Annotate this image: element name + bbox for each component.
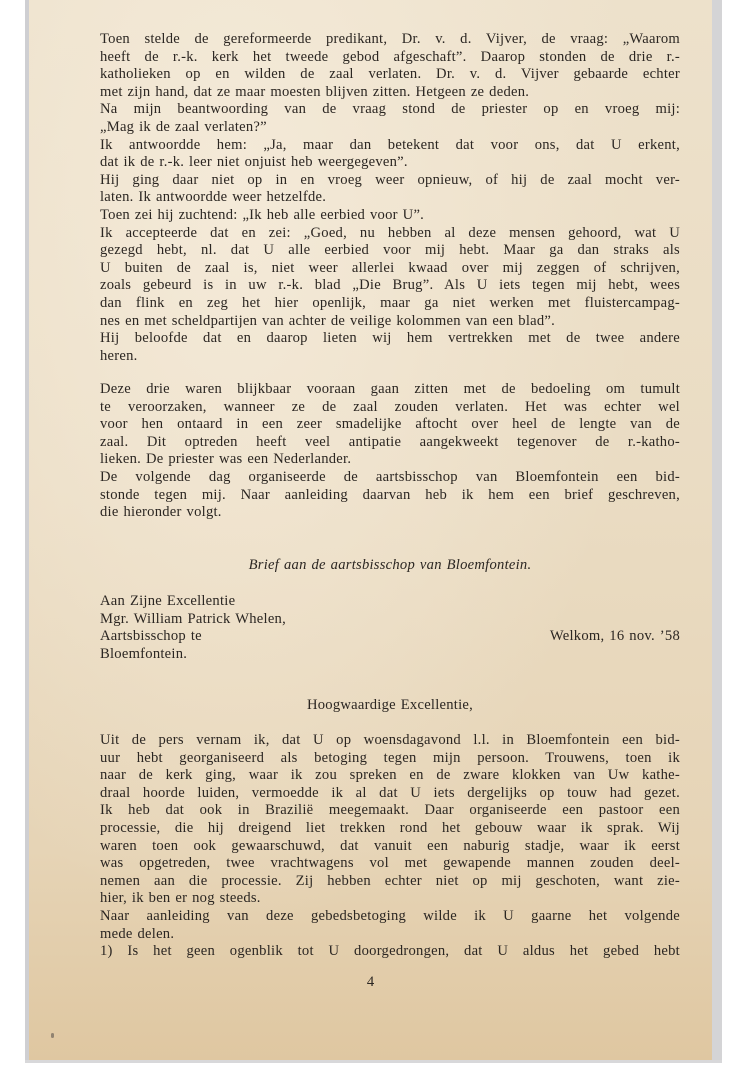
text-line: lieken. De priester was een Nederlander. — [100, 451, 680, 469]
text-line: heren. — [100, 348, 680, 366]
scan-gutter-right — [712, 0, 722, 1062]
text-line: 1) Is het geen ogenblik tot U doorgedron… — [100, 943, 680, 961]
section-2-text: Deze drie waren blijkbaar vooraan gaan z… — [100, 381, 680, 522]
text-line: heeft de r.-k. kerk het tweede gebod afg… — [100, 49, 680, 67]
text-line: waren toen ook gewaarschuwd, dat vanuit … — [100, 838, 680, 856]
letter-title-block: Brief aan de aartsbisschop van Bloemfont… — [100, 557, 680, 575]
text-line: Ik accepteerde dat en zei: „Goed, nu heb… — [100, 225, 680, 243]
text-line: laten. Ik antwoordde weer hetzelfde. — [100, 189, 680, 207]
text-line: was opgetreden, twee vrachtwagens vol me… — [100, 855, 680, 873]
text-line: Hij beloofde dat en daarop lieten wij he… — [100, 330, 680, 348]
address-line-3: Aartsbisschop te — [100, 628, 202, 646]
text-line: Ik antwoordde hem: „Ja, maar dan beteken… — [100, 137, 680, 155]
text-line: met zijn hand, dat ze maar moesten blijv… — [100, 84, 680, 102]
text-line: stonde tegen mij. Naar aanleiding daarva… — [100, 487, 680, 505]
text-line: Deze drie waren blijkbaar vooraan gaan z… — [100, 381, 680, 399]
text-line: Hij ging daar niet op in en vroeg weer o… — [100, 172, 680, 190]
text-line: Ik heb dat ook in Brazilië meegemaakt. D… — [100, 802, 680, 820]
place-and-date: Welkom, 16 nov. ’58 — [550, 628, 680, 646]
text-line: nemen aan die processie. Zij hebben echt… — [100, 873, 680, 891]
text-line: nes en met scheldpartijen van achter de … — [100, 313, 680, 331]
letter-address: Aan Zijne Excellentie Mgr. William Patri… — [100, 593, 680, 663]
book-page: Toen stelde de gereformeerde predikant, … — [29, 0, 712, 1060]
text-line: Naar aanleiding van deze gebedsbetoging … — [100, 908, 680, 926]
text-line: Toen zei hij zuchtend: „Ik heb alle eerb… — [100, 207, 680, 225]
text-line: Na mijn beantwoording van de vraag stond… — [100, 101, 680, 119]
text-line: U buiten de zaal is, niet weer allerlei … — [100, 260, 680, 278]
text-line: voor hen ontaard in een zeer smadelijke … — [100, 416, 680, 434]
address-line-4: Bloemfontein. — [100, 646, 680, 664]
text-line: naar de kerk ging, waar ik zou spreken e… — [100, 767, 680, 785]
text-line: gezegd hebt, nl. dat U alle eerbied voor… — [100, 242, 680, 260]
text-line: Toen stelde de gereformeerde predikant, … — [100, 31, 680, 49]
letter-body: Uit de pers vernam ik, dat U op woensdag… — [100, 732, 680, 961]
address-line-2: Mgr. William Patrick Whelen, — [100, 611, 680, 629]
text-line: katholieken op en wilden de zaal verlate… — [100, 66, 680, 84]
text-line: hier, ik ben er nog steeds. — [100, 890, 680, 908]
text-line: dan flink en zeg het hier openlijk, maar… — [100, 295, 680, 313]
scan-bottom-edge — [25, 1060, 722, 1063]
text-line: zoals gebeurd is in uw r.-k. blad „Die B… — [100, 277, 680, 295]
text-line: uur hebt georganiseerd als betoging tege… — [100, 750, 680, 768]
address-row-with-date: Aartsbisschop te Welkom, 16 nov. ’58 — [100, 628, 680, 646]
text-line: te veroorzaken, wanneer ze de zaal zoude… — [100, 399, 680, 417]
text-line: processie, die hij dreigend liet trekken… — [100, 820, 680, 838]
text-line: dat ik de r.-k. leer niet onjuist heb we… — [100, 154, 680, 172]
text-line: draal hoorde luiden, vermoedde ik al dat… — [100, 785, 680, 803]
address-line-1: Aan Zijne Excellentie — [100, 593, 680, 611]
page-number: 4 — [29, 974, 712, 991]
text-line: Uit de pers vernam ik, dat U op woensdag… — [100, 732, 680, 750]
letter-salutation: Hoogwaardige Excellentie, — [100, 697, 680, 715]
text-line: zaal. Dit optreden heeft veel antipatie … — [100, 434, 680, 452]
text-line: die hieronder volgt. — [100, 504, 680, 522]
text-line: „Mag ik de zaal verlaten?” — [100, 119, 680, 137]
paper-speck — [51, 1033, 54, 1038]
letter-salutation-block: Hoogwaardige Excellentie, — [100, 697, 680, 715]
section-1-text: Toen stelde de gereformeerde predikant, … — [100, 31, 680, 365]
letter-title: Brief aan de aartsbisschop van Bloemfont… — [100, 557, 680, 575]
text-line: mede delen. — [100, 926, 680, 944]
text-line: De volgende dag organiseerde de aartsbis… — [100, 469, 680, 487]
